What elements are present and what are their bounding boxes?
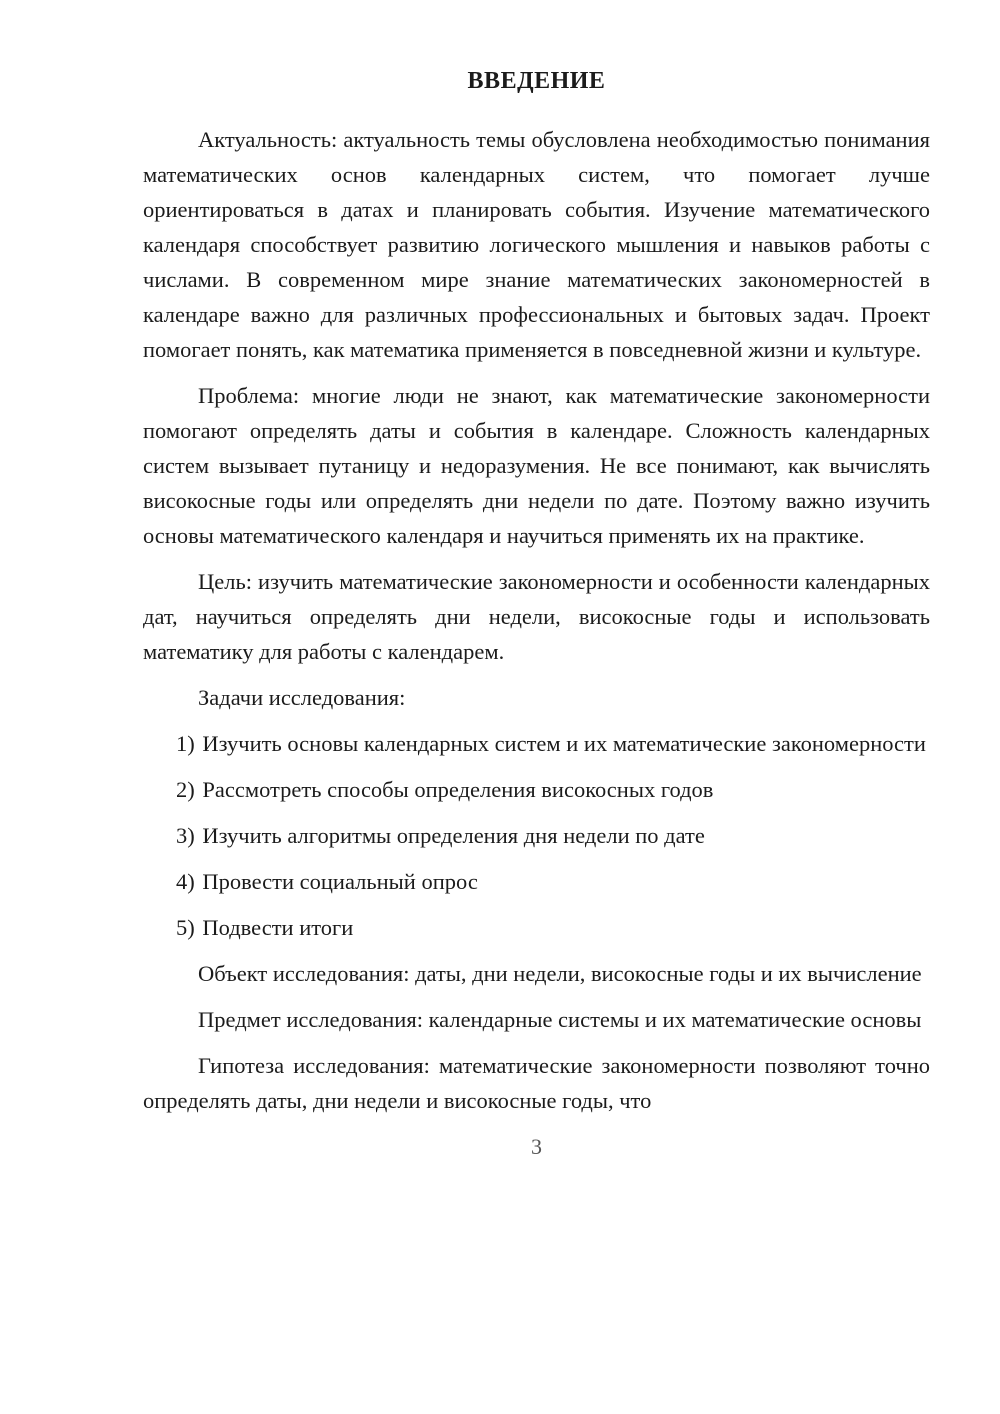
paragraph-object: Объект исследования: даты, дни недели, в…: [143, 956, 930, 991]
task-text: Подвести итоги: [202, 915, 353, 940]
task-number: 2): [176, 777, 197, 802]
task-number: 5): [176, 915, 197, 940]
paragraph-subject: Предмет исследования: календарные систем…: [143, 1002, 930, 1037]
tasks-heading: Задачи исследования:: [143, 680, 930, 715]
task-text: Изучить основы календарных систем и их м…: [202, 731, 926, 756]
paragraph-problem: Проблема: многие люди не знают, как мате…: [143, 378, 930, 553]
paragraph-hypothesis: Гипотеза исследования: математические за…: [143, 1048, 930, 1118]
task-item-3: 3) Изучить алгоритмы определения дня нед…: [143, 818, 930, 853]
task-text: Изучить алгоритмы определения дня недели…: [202, 823, 704, 848]
page-number: 3: [143, 1129, 930, 1164]
task-number: 3): [176, 823, 197, 848]
task-text: Рассмотреть способы определения високосн…: [202, 777, 713, 802]
task-number: 1): [176, 731, 197, 756]
task-item-2: 2) Рассмотреть способы определения висок…: [143, 772, 930, 807]
document-page: ВВЕДЕНИЕ Актуальность: актуальность темы…: [0, 0, 1000, 1414]
task-number: 4): [176, 869, 197, 894]
task-item-5: 5) Подвести итоги: [143, 910, 930, 945]
task-item-1: 1) Изучить основы календарных систем и и…: [143, 726, 930, 761]
paragraph-goal: Цель: изучить математические закономерно…: [143, 564, 930, 669]
task-text: Провести социальный опрос: [202, 869, 477, 894]
paragraph-actuality: Актуальность: актуальность темы обусловл…: [143, 122, 930, 367]
task-item-4: 4) Провести социальный опрос: [143, 864, 930, 899]
page-title: ВВЕДЕНИЕ: [143, 66, 930, 96]
